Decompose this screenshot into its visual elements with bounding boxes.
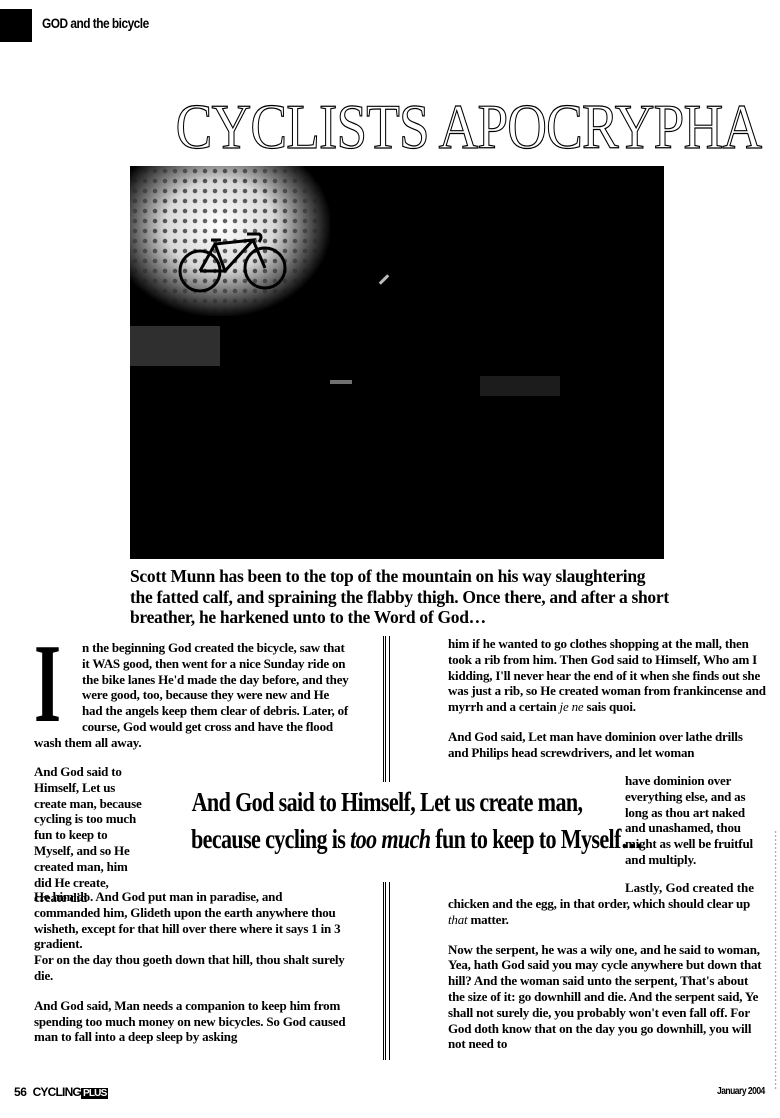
paragraph-text: chicken and the egg, in that order, whic… xyxy=(448,896,750,911)
paragraph-2-narrow: And God said to Himself, Let us create m… xyxy=(34,764,142,906)
left-column-lower: He him do. And God put man in paradise, … xyxy=(34,889,350,1059)
paragraph-3: For on the day thou goeth down that hill… xyxy=(34,952,350,984)
article-photo xyxy=(130,166,664,559)
column-rule-top xyxy=(383,636,390,782)
pull-quote-text: because cycling is xyxy=(191,824,350,854)
right-paragraph-1: him if he wanted to go clothes shopping … xyxy=(448,636,766,715)
photo-speck xyxy=(480,376,560,396)
paragraph-4: And God said, Man needs a companion to k… xyxy=(34,998,350,1045)
paragraph-1: n the beginning God created the bicycle,… xyxy=(34,640,349,750)
paragraph-2-rest: He him do. And God put man in paradise, … xyxy=(34,889,350,952)
section-marker-block xyxy=(0,9,32,42)
pull-quote: And God said to Himself, Let us create m… xyxy=(148,784,626,858)
right-paragraph-2-narrow: have dominion over everything else, and … xyxy=(625,773,765,868)
right-column-top: him if he wanted to go clothes shopping … xyxy=(448,636,766,761)
paragraph-text: matter. xyxy=(467,912,508,927)
issue-date: January 2004 xyxy=(717,1086,765,1097)
pull-quote-line-2: because cycling is too much fun to keep … xyxy=(191,821,583,858)
article-headline: Cyclists Apocrypha xyxy=(128,92,668,162)
photo-speck xyxy=(330,380,352,384)
photo-speck xyxy=(130,326,220,366)
photo-speck xyxy=(379,274,390,285)
right-paragraph-3: chicken and the egg, in that order, whic… xyxy=(448,896,766,928)
footer-folio: 56 CYCLINGPLUS xyxy=(14,1085,108,1099)
pull-quote-text: fun to keep to Myself… xyxy=(430,824,642,854)
paragraph-text: sais quoi. xyxy=(583,699,635,714)
pull-quote-emphasis: too much xyxy=(350,824,430,854)
column-rule-bottom xyxy=(383,882,390,1060)
drop-cap: I xyxy=(34,642,60,730)
right-column-lower: chicken and the egg, in that order, whic… xyxy=(448,896,766,1066)
magazine-suffix: PLUS xyxy=(81,1088,108,1099)
headline-text: Cyclists Apocrypha xyxy=(176,92,762,162)
section-title: GOD and the bicycle xyxy=(42,15,149,31)
right-paragraph-2-wide: And God said, Let man have dominion over… xyxy=(448,729,766,761)
right-paragraph-3-lead: Lastly, God created the xyxy=(625,880,765,896)
bicycle-icon xyxy=(175,226,295,296)
scan-edge-noise xyxy=(774,830,778,1090)
magazine-logo: CYCLINGPLUS xyxy=(33,1085,109,1099)
emphasis-that: that xyxy=(448,912,467,927)
right-paragraph-4: Now the serpent, he was a wily one, and … xyxy=(448,942,766,1053)
left-column-intro: I n the beginning God created the bicycl… xyxy=(34,640,350,765)
pull-quote-line-1: And God said to Himself, Let us create m… xyxy=(191,784,583,821)
magazine-name: CYCLING xyxy=(33,1085,81,1099)
page-number: 56 xyxy=(14,1085,27,1099)
article-standfirst: Scott Munn has been to the top of the mo… xyxy=(130,566,670,628)
french-phrase: je ne xyxy=(560,699,584,714)
